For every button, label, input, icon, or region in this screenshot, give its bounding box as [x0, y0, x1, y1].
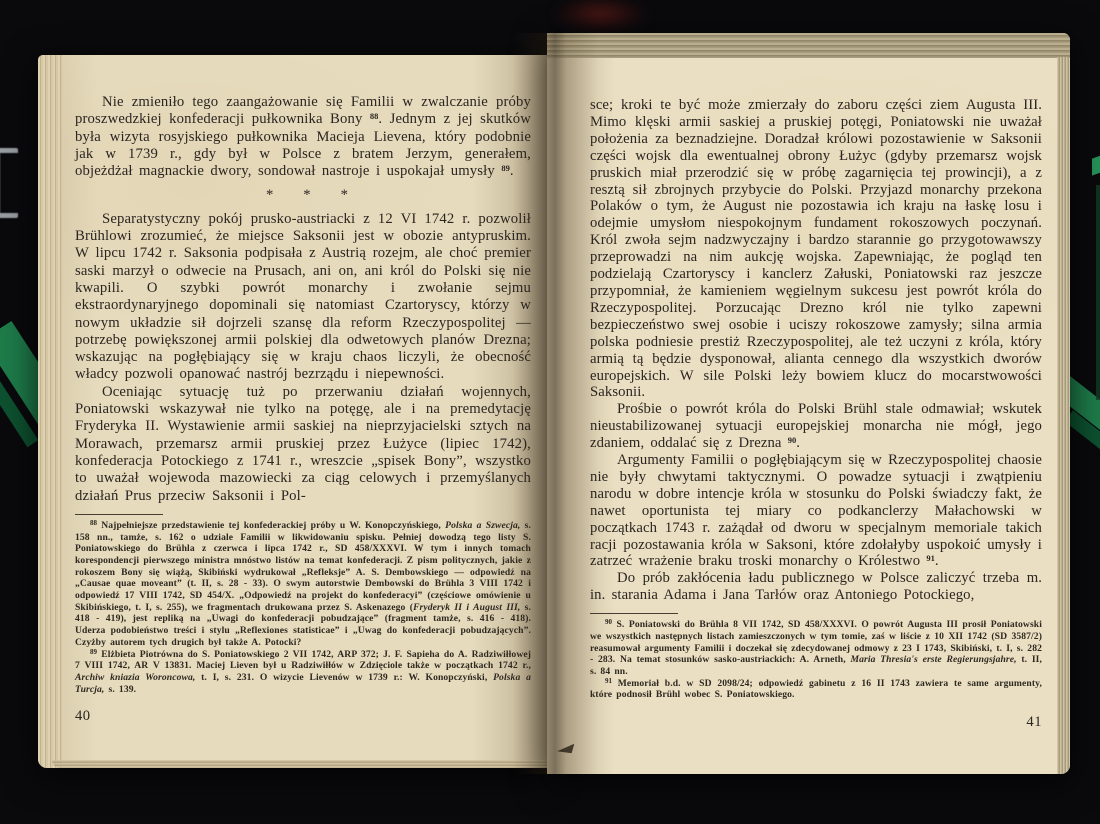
body-text: .: [935, 553, 939, 569]
footnote-text: s. 158 nn., tamże, s. 162 o udziale Fami…: [75, 520, 531, 613]
footnote-rule: [590, 613, 678, 614]
section-separator: * * *: [83, 187, 531, 204]
open-book: Nie zmieniło tego zaangażowanie się Fami…: [0, 0, 1100, 824]
book-photo-scene: Nie zmieniło tego zaangażowanie się Fami…: [0, 0, 1100, 824]
footnote-90: 90 S. Poniatowski do Brühla 8 VII 1742, …: [590, 619, 1042, 678]
footnote-ref-90: 90: [788, 435, 797, 445]
paragraph: Oceniając sytuację tuż po przerwaniu dzi…: [75, 384, 531, 505]
footnote-marker-90: 90: [605, 618, 612, 626]
left-page: Nie zmieniło tego zaangażowanie się Fami…: [38, 55, 547, 768]
right-page: sce; kroki te być może zmierzały do zabo…: [547, 33, 1070, 774]
footnote-text: s. 139.: [104, 684, 136, 695]
footnote-89: 89 Elżbieta Piotrówna do S. Poniatowskie…: [75, 649, 531, 696]
paragraph: Separatystyczny pokój prusko-austriacki …: [75, 211, 531, 384]
body-text: .: [796, 435, 800, 451]
footnote-marker-91: 91: [605, 677, 612, 685]
ink-smudge: [556, 744, 575, 755]
paragraph: Do prób zakłócenia ładu publicznego w Po…: [590, 570, 1042, 604]
left-page-body: Nie zmieniło tego zaangażowanie się Fami…: [75, 94, 531, 726]
footnote-91: 91 Memoriał b.d. w SD 2098/24; odpowiedź…: [590, 678, 1042, 701]
paragraph: Prośbie o powrót króla do Polski Brühl s…: [590, 401, 1042, 452]
body-text: Argumenty Familii o pogłębiającym się w …: [590, 452, 1042, 569]
page-number-left: 40: [75, 708, 531, 725]
footnote-marker-88: 88: [90, 519, 97, 527]
right-page-body: sce; kroki te być może zmierzały do zabo…: [590, 97, 1042, 731]
footnote-marker-89: 89: [90, 648, 97, 656]
footnote-ref-89: 89: [501, 163, 510, 173]
footnote-text: t. I, s. 231. O wizycie Lievenów w 1739 …: [195, 672, 493, 683]
page-number-right: 41: [590, 714, 1042, 731]
footnote-text: Elżbieta Piotrówna do S. Poniatowskiego …: [75, 649, 531, 672]
footnote-italic-title: Polska a Szwecja,: [445, 520, 520, 531]
paragraph: Nie zmieniło tego zaangażowanie się Fami…: [75, 94, 531, 180]
footnote-88: 88 Najpełniejsze przedstawienie tej konf…: [75, 520, 531, 649]
left-page-footnotes: 88 Najpełniejsze przedstawienie tej konf…: [75, 520, 531, 696]
paragraph: Argumenty Familii o pogłębiającym się w …: [590, 452, 1042, 570]
footnote-italic-title: Archiw kniazia Woroncowa,: [75, 672, 195, 683]
body-text: .: [510, 163, 514, 179]
footnote-text: Memoriał b.d. w SD 2098/24; odpowiedź ga…: [590, 678, 1042, 701]
footnote-ref-91: 91: [926, 553, 935, 563]
paragraph: sce; kroki te być może zmierzały do zabo…: [590, 97, 1042, 401]
right-page-footnotes: 90 S. Poniatowski do Brühla 8 VII 1742, …: [590, 619, 1042, 701]
footnote-rule: [75, 514, 163, 515]
footnote-italic-title: Fryderyk II i August III,: [413, 602, 520, 613]
body-text: Prośbie o powrót króla do Polski Brühl s…: [590, 401, 1042, 451]
footnote-italic-title: Maria Thresia's erste Regierungsjahre,: [850, 654, 1016, 665]
footnote-text: Najpełniejsze przedstawienie tej konfede…: [101, 520, 445, 531]
